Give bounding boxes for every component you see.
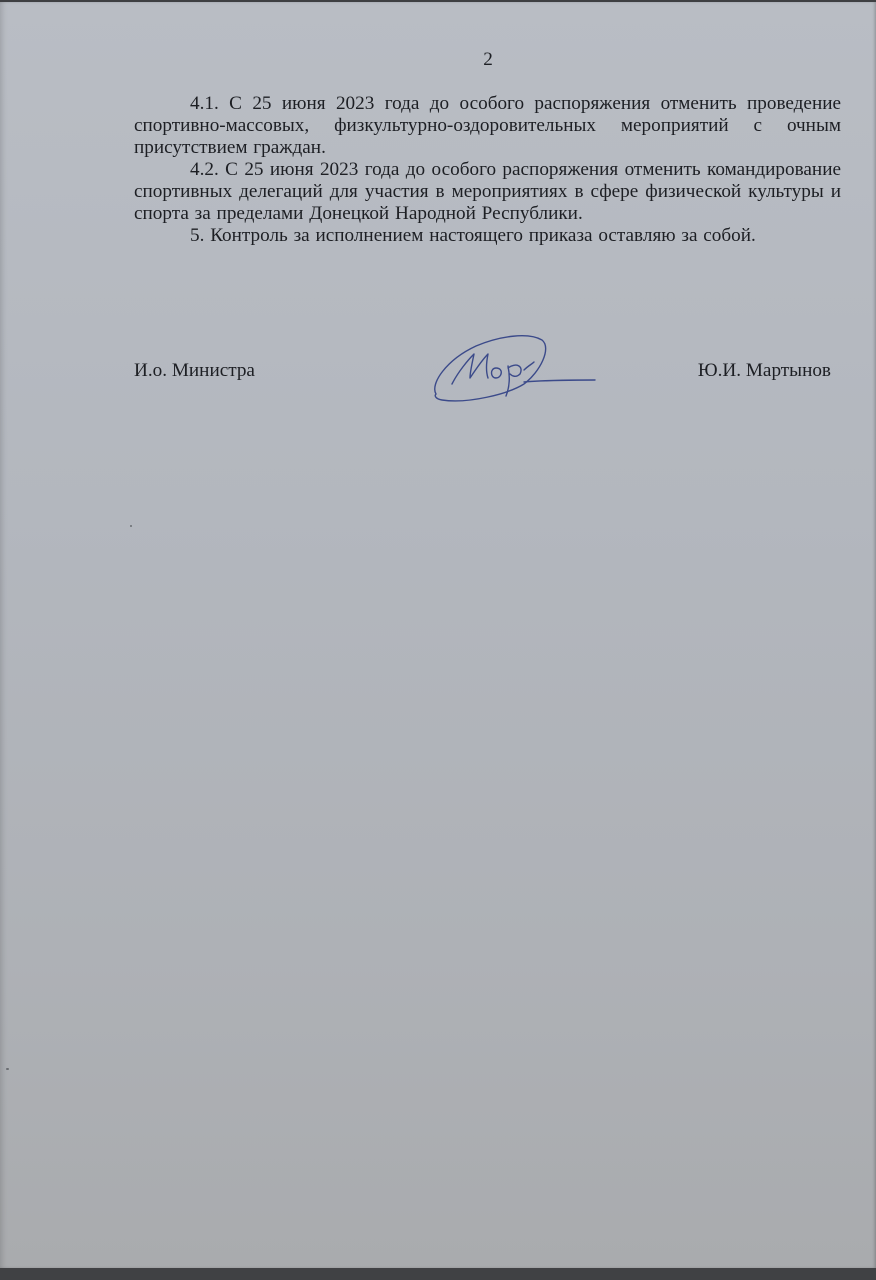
scan-artifact (130, 525, 132, 527)
document-page: 2 4.1. С 25 июня 2023 года до особого ра… (0, 2, 876, 1268)
scan-artifact (6, 1068, 9, 1070)
paragraph-5: 5. Контроль за исполнением настоящего пр… (134, 225, 841, 247)
position-title: И.о. Министра (134, 360, 255, 382)
scan-frame-bottom (0, 1268, 876, 1280)
paragraph-4-1: 4.1. С 25 июня 2023 года до особого расп… (134, 93, 841, 159)
paragraph-4-2: 4.2. С 25 июня 2023 года до особого расп… (134, 159, 841, 225)
document-body: 4.1. С 25 июня 2023 года до особого расп… (134, 93, 841, 247)
page-number: 2 (0, 49, 876, 71)
signer-name: Ю.И. Мартынов (698, 360, 831, 382)
handwritten-signature (428, 332, 598, 407)
